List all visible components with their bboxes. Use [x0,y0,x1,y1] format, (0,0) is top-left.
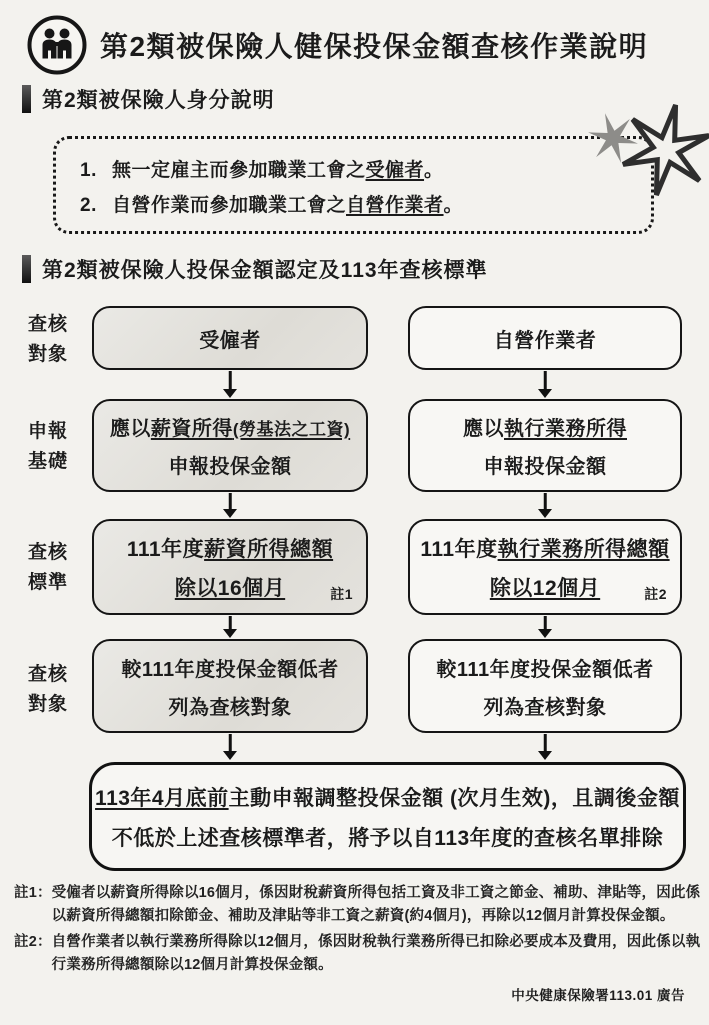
box-line: 除以12個月 [490,572,600,602]
row-label-line: 申報 [28,417,68,447]
down-arrow-icon [222,493,238,518]
item-underlined-term: 受僱者 [366,160,425,181]
heading-bar [22,85,31,113]
note-reference: 註1 [330,584,353,604]
box-line: 較111年度投保金額低者 [121,653,338,682]
row-label-line: 標準 [28,568,68,598]
box-line: 應以執行業務所得 [463,412,627,441]
box-line: 111年度薪資所得總額 [127,533,333,563]
flow-row-label-4: 查核 對象 [28,660,68,720]
item-period: 。 [424,160,444,181]
flow-box-selfemployed-standard: 111年度執行業務所得總額 除以12個月 註2 [408,519,682,615]
heading-bar [22,255,31,283]
flow-row-label-2: 申報 基礎 [28,417,68,477]
box-text: 自營作業者 [494,324,597,353]
row-label-line: 基礎 [28,447,68,477]
item-text: 自營作業而參加職業工會之 [112,195,346,216]
section2-heading: 第2類被保險人投保金額認定及113年查核標準 [22,254,488,284]
conclusion-line-2: 不低於上述查核標準者，將予以自113年度的查核名單排除 [112,822,663,852]
down-arrow-icon [537,734,553,760]
flow-box-selfemployed-header: 自營作業者 [408,306,682,370]
header: 第2類被保險人健保投保金額查核作業說明 [26,14,648,76]
section1-heading: 第2類被保險人身分說明 [22,84,275,114]
down-arrow-icon [222,734,238,760]
box-line: 應以薪資所得(勞基法之工資) [110,412,350,441]
box-line: 列為查核對象 [484,691,607,720]
flow-box-employee-header: 受僱者 [92,306,368,370]
box-line: 列為查核對象 [169,691,292,720]
flow-box-selfemployed-target: 較111年度投保金額低者 列為查核對象 [408,639,682,733]
conclusion-box: 113年4月底前主動申報調整投保金額 (次月生效)，且調後金額 不低於上述查核標… [89,762,686,871]
footnote-text: 自營作業者以執行業務所得除以12個月，係因財稅執行業務所得已扣除必要成本及費用，… [52,931,704,978]
footnote-label: 註2： [14,931,52,978]
conclusion-line-1: 113年4月底前主動申報調整投保金額 (次月生效)，且調後金額 [95,782,680,812]
footnote-text: 受僱者以薪資所得除以16個月，係因財稅薪資所得包括工資及非工資之節金、補助、津貼… [52,882,704,929]
box-line: 申報投保金額 [484,450,607,479]
item-underlined-term: 自營作業者 [346,195,444,216]
row-label-line: 查核 [28,310,68,340]
footnote-2: 註2： 自營作業者以執行業務所得除以12個月，係因財稅執行業務所得已扣除必要成本… [14,931,704,978]
identity-item-2: 2.自營作業而參加職業工會之自營作業者。 [80,190,639,217]
down-arrow-icon [537,616,553,638]
flow-box-selfemployed-basis: 應以執行業務所得 申報投保金額 [408,399,682,492]
flow-box-employee-standard: 111年度薪資所得總額 除以16個月 註1 [92,519,368,615]
note-reference: 註2 [644,584,667,604]
section2-title: 第2類被保險人投保金額認定及113年查核標準 [42,254,488,284]
row-label-line: 查核 [28,538,68,568]
box-line: 較111年度投保金額低者 [436,653,653,682]
box-line: 除以16個月 [175,572,285,602]
footnote-label: 註1： [14,882,52,929]
flow-box-employee-target: 較111年度投保金額低者 列為查核對象 [92,639,368,733]
footnotes: 註1： 受僱者以薪資所得除以16個月，係因財稅薪資所得包括工資及非工資之節金、補… [14,882,704,980]
row-label-line: 對象 [28,340,68,370]
box-line: 111年度執行業務所得總額 [420,533,669,563]
box-line: 申報投保金額 [169,450,292,479]
row-label-line: 查核 [28,660,68,690]
item-text: 無一定雇主而參加職業工會之 [112,160,366,181]
box-text: 受僱者 [199,324,261,353]
section1-title: 第2類被保險人身分說明 [42,84,275,114]
flow-row-label-1: 查核 對象 [28,310,68,370]
nhi-logo-icon [26,14,88,76]
footnote-1: 註1： 受僱者以薪資所得除以16個月，係因財稅薪資所得包括工資及非工資之節金、補… [14,882,704,929]
document-page: 第2類被保險人健保投保金額查核作業說明 第2類被保險人身分說明 1.無一定雇主而… [0,0,709,1025]
flow-row-label-3: 查核 標準 [28,538,68,598]
down-arrow-icon [537,493,553,518]
down-arrow-icon [222,371,238,398]
publisher-credit: 中央健康保險署113.01 廣告 [511,984,685,1004]
flow-box-employee-basis: 應以薪資所得(勞基法之工資) 申報投保金額 [92,399,368,492]
identity-item-1: 1.無一定雇主而參加職業工會之受僱者。 [80,155,639,182]
row-label-line: 對象 [28,690,68,720]
page-title: 第2類被保險人健保投保金額查核作業說明 [100,25,648,65]
identity-box: 1.無一定雇主而參加職業工會之受僱者。 2.自營作業而參加職業工會之自營作業者。 [53,136,654,234]
down-arrow-icon [222,616,238,638]
item-period: 。 [444,195,464,216]
item-number: 2. [80,195,112,217]
item-number: 1. [80,160,112,182]
down-arrow-icon [537,371,553,398]
